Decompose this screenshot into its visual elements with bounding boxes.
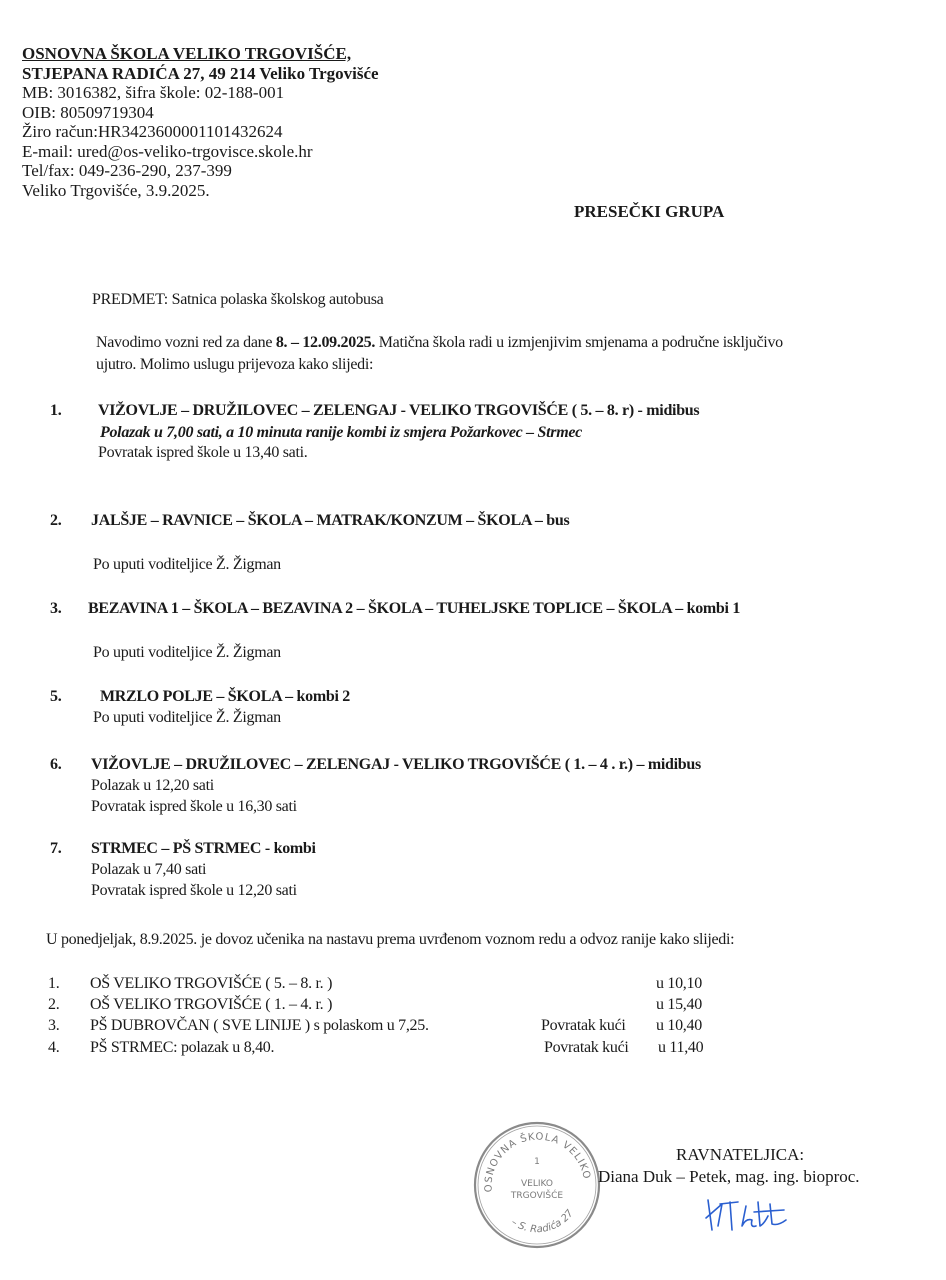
monday-item-number: 1. xyxy=(48,975,59,993)
route-number: 5. xyxy=(50,688,61,706)
intro-line-2: ujutro. Molimo uslugu prijevoza kako sli… xyxy=(96,356,373,374)
monday-item-number: 3. xyxy=(48,1017,59,1035)
monday-item-return: Povratak kući xyxy=(541,1017,626,1035)
svg-text:1: 1 xyxy=(534,1157,540,1167)
intro-dates: 8. – 12.09.2025. xyxy=(276,334,375,351)
monday-item-time: u 15,40 xyxy=(656,996,702,1014)
intro-line-1: Navodimo vozni red za dane 8. – 12.09.20… xyxy=(96,334,783,352)
school-email: E-mail: ured@os-veliko-trgovisce.skole.h… xyxy=(22,142,379,162)
svg-text:TRGOVIŠĆE: TRGOVIŠĆE xyxy=(510,1189,563,1201)
monday-item-text: PŠ DUBROVČAN ( SVE LINIJE ) s polaskom u… xyxy=(90,1017,429,1035)
monday-item-text: PŠ STRMEC: polazak u 8,40. xyxy=(90,1039,274,1057)
school-stamp: OSNOVNA ŠKOLA VELIKO TRGOVIŠĆE – S. Radi… xyxy=(472,1120,602,1250)
route-number: 3. xyxy=(50,600,61,618)
route-line: Povratak ispred škole u 13,40 sati. xyxy=(98,444,307,462)
place-date: Veliko Trgovišće, 3.9.2025. xyxy=(22,181,379,201)
route-number: 1. xyxy=(50,402,61,420)
intro-part2: Matična škola radi u izmjenjivim smjenam… xyxy=(375,334,783,351)
intro-part1: Navodimo vozni red za dane xyxy=(96,334,276,351)
route-number: 7. xyxy=(50,840,61,858)
route-line: Po uputi voditeljice Ž. Žigman xyxy=(93,556,281,574)
route-line: Povratak ispred škole u 12,20 sati xyxy=(91,882,297,900)
svg-text:VELIKO: VELIKO xyxy=(521,1179,553,1189)
route-number: 6. xyxy=(50,756,61,774)
recipient: PRESEČKI GRUPA xyxy=(574,202,724,222)
route-number: 2. xyxy=(50,512,61,530)
monday-item-time: u 10,10 xyxy=(656,975,702,993)
monday-item-number: 2. xyxy=(48,996,59,1014)
route-title: BEZAVINA 1 – ŠKOLA – BEZAVINA 2 – ŠKOLA … xyxy=(88,600,740,618)
signature-name: Diana Duk – Petek, mag. ing. bioproc. xyxy=(598,1167,860,1187)
school-ziro: Žiro račun:HR3423600001101432624 xyxy=(22,122,379,142)
monday-item-time: u 11,40 xyxy=(658,1039,703,1057)
school-tel: Tel/fax: 049-236-290, 237-399 xyxy=(22,161,379,181)
subject-line: PREDMET: Satnica polaska školskog autobu… xyxy=(92,291,383,309)
route-title: VIŽOVLJE – DRUŽILOVEC – ZELENGAJ - VELIK… xyxy=(91,756,701,774)
school-name: OSNOVNA ŠKOLA VELIKO TRGOVIŠĆE, xyxy=(22,44,379,64)
monday-item-text: OŠ VELIKO TRGOVIŠĆE ( 1. – 4. r. ) xyxy=(90,996,332,1014)
signature-role: RAVNATELJICA: xyxy=(676,1145,804,1165)
monday-item-return: Povratak kući xyxy=(544,1039,629,1057)
route-title: VIŽOVLJE – DRUŽILOVEC – ZELENGAJ - VELIK… xyxy=(98,402,699,420)
route-line: Povratak ispred škole u 16,30 sati xyxy=(91,798,297,816)
route-line: Po uputi voditeljice Ž. Žigman xyxy=(93,644,281,662)
school-mb: MB: 3016382, šifra škole: 02-188-001 xyxy=(22,83,379,103)
route-line: Polazak u 12,20 sati xyxy=(91,777,214,795)
monday-note: U ponedjeljak, 8.9.2025. je dovoz učenik… xyxy=(46,931,734,949)
school-address: STJEPANA RADIĆA 27, 49 214 Veliko Trgovi… xyxy=(22,64,379,84)
monday-item-text: OŠ VELIKO TRGOVIŠĆE ( 5. – 8. r. ) xyxy=(90,975,332,993)
route-title: STRMEC – PŠ STRMEC - kombi xyxy=(91,840,316,858)
route-line: Polazak u 7,40 sati xyxy=(91,861,206,879)
school-oib: OIB: 80509719304 xyxy=(22,103,379,123)
monday-item-time: u 10,40 xyxy=(656,1017,702,1035)
handwritten-signature xyxy=(702,1196,792,1236)
route-line: Polazak u 7,00 sati, a 10 minuta ranije … xyxy=(100,424,582,442)
monday-item-number: 4. xyxy=(48,1039,59,1057)
route-title: JALŠJE – RAVNICE – ŠKOLA – MATRAK/KONZUM… xyxy=(91,512,569,530)
route-line: Po uputi voditeljice Ž. Žigman xyxy=(93,709,281,727)
letterhead: OSNOVNA ŠKOLA VELIKO TRGOVIŠĆE, STJEPANA… xyxy=(22,44,379,200)
route-title: MRZLO POLJE – ŠKOLA – kombi 2 xyxy=(100,688,350,706)
